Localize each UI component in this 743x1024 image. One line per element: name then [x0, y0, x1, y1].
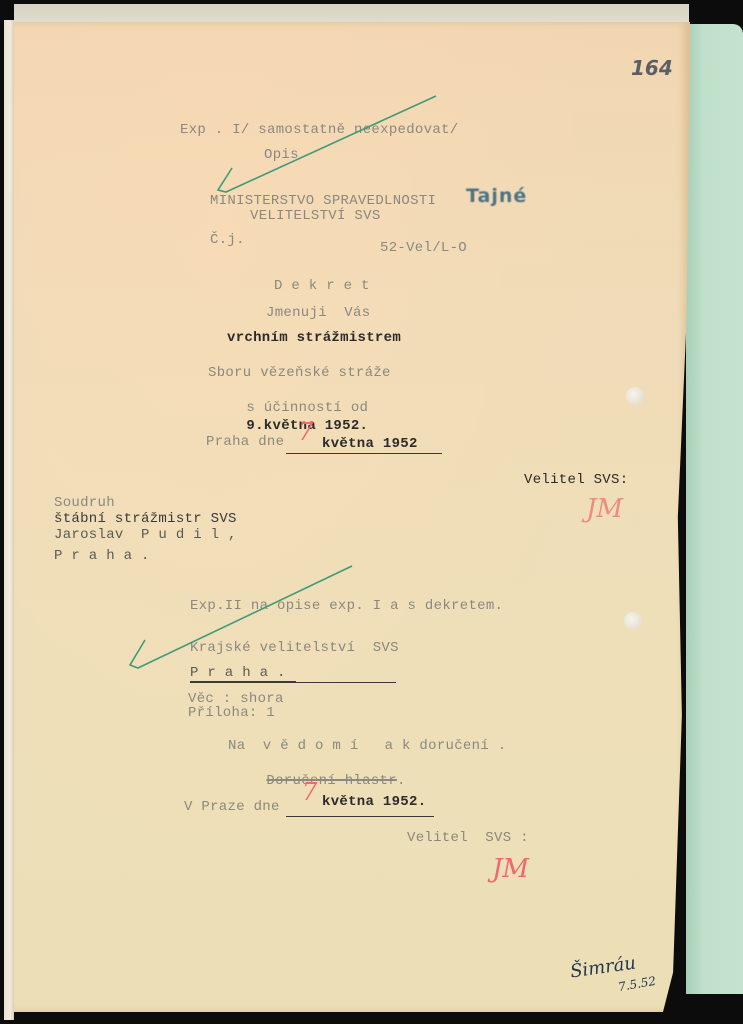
- handwritten-day: 7: [298, 418, 313, 446]
- place-prefix: Praha dne: [206, 434, 284, 450]
- expedition-1-line: Exp . I/ samostatně neexpedovat/: [180, 122, 458, 138]
- copy-label: Opis: [264, 147, 299, 163]
- corps-text: Sboru vězeňské stráže: [208, 365, 391, 381]
- reference-label: Č.j.: [210, 232, 245, 248]
- note-awareness: Na v ě d o m í a k doručení .: [228, 738, 506, 754]
- green-folder-cover: [686, 24, 743, 994]
- commander-signature: JM: [586, 494, 623, 524]
- struck-text: Doručení hlastr: [266, 773, 397, 789]
- command-heading: VELITELSTVÍ SVS: [250, 208, 381, 224]
- rank-text: vrchním strážmistrem: [227, 330, 401, 346]
- recipient-rank: štábní strážmistr SVS: [54, 511, 237, 527]
- recipient-city: P r a h a .: [54, 548, 150, 564]
- commander2-signature: JM: [492, 854, 529, 884]
- archive-date: 7.5.52: [617, 974, 657, 994]
- appointment-text: Jmenuji Vás: [266, 305, 370, 321]
- recipient-name: Jaroslav P u d i l ,: [54, 527, 237, 543]
- recipient-salutation: Soudruh: [54, 495, 115, 511]
- expedition-2-line: Exp.II na opise exp. I a s dekretem.: [190, 598, 503, 614]
- left-page-edge: [4, 20, 14, 1020]
- punch-hole: [624, 612, 642, 630]
- struck-tail: .: [397, 773, 406, 789]
- attachment-line: Příloha: 1: [188, 705, 275, 721]
- place2-prefix: V Praze dne: [184, 799, 280, 815]
- commander2-label: Velitel SVS :: [407, 830, 529, 846]
- date-rest: května 1952: [322, 436, 418, 452]
- handwritten-day-2: 7: [302, 778, 317, 806]
- document-page: 164 Exp . I/ samostatně neexpedovat/ Opi…: [14, 22, 690, 1012]
- effective-prefix: s účinností od: [246, 400, 368, 416]
- date2-rest: května 1952.: [322, 794, 426, 810]
- punch-hole: [626, 387, 644, 405]
- ministry-heading: MINISTERSTVO SPRAVEDLNOSTI: [210, 193, 436, 209]
- reference-number: 52-Vel/L-O: [380, 240, 467, 256]
- regional-command: Krajské velitelství SVS: [190, 640, 399, 656]
- page-number: 164: [631, 56, 673, 80]
- classification-stamp: Tajné: [466, 185, 527, 207]
- regional-underline: [190, 666, 396, 683]
- document-title: D e k r e t: [274, 278, 370, 294]
- commander-label: Velitel SVS:: [524, 472, 628, 488]
